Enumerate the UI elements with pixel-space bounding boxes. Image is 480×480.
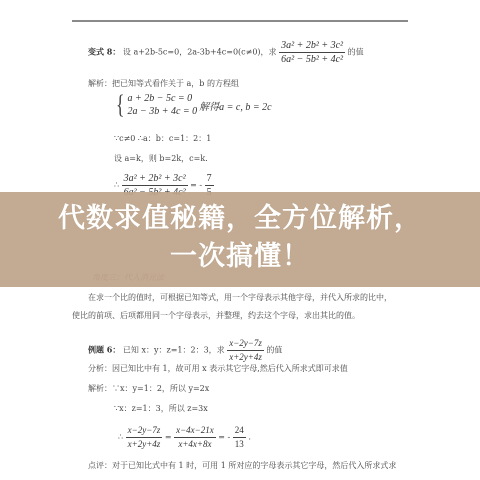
brace-icon: { <box>116 92 125 118</box>
fraction-1: x−2y−7z x+2y+4z <box>126 425 163 450</box>
header-divider <box>72 20 408 22</box>
let-line: 设 a=k，则 b=2k，c=k. <box>114 154 208 164</box>
analysis2-hint: 分析：因已知比中有 1，故可用 x 表示其它字母,然后代入所求式即可求值 <box>88 364 348 374</box>
equations: a + 2b − 5c = 0 2a − 3b + 4c = 0 <box>127 92 197 118</box>
fraction-denominator: x+2y+4z <box>227 351 264 363</box>
fraction-denominator: 13 <box>233 438 246 450</box>
banner-title-line-2: 一次搞懂！ <box>0 238 480 276</box>
fraction-numerator: x−4x−21x <box>174 425 216 438</box>
fraction-denominator: x+4x+8x <box>176 438 213 450</box>
equals-sign: = - <box>218 433 230 442</box>
fraction-numerator: x−2y−7z <box>126 425 163 438</box>
method-line-1: 在求一个比的值时，可根据已知等式，用一个字母表示其他字母，并代入所求的比中， <box>88 293 392 303</box>
solution-text: 解得a = c, b = 2c <box>199 98 271 113</box>
example6-line: 例题 6： 已知 x：y：z=1：2：3，求 x−2y−7z x+2y+4z 的… <box>88 338 282 363</box>
fraction-numerator: 24 <box>233 425 246 438</box>
fraction-denominator: x+2y+4z <box>126 438 163 450</box>
equation-system: { a + 2b − 5c = 0 2a − 3b + 4c = 0 解得a =… <box>114 92 272 118</box>
equals-sign: = <box>165 433 172 442</box>
comment-line: 点评：对于已知比式中有 1 时，可用 1 所对应的字母表示其它字母，然后代入所求… <box>88 461 396 471</box>
fraction-numerator: 3a² + 2b² + 3c² <box>122 173 188 186</box>
fraction-numerator: 3a² + 2b² + 3c² <box>279 40 345 53</box>
period: . <box>248 433 251 442</box>
example6-fraction: x−2y−7z x+2y+4z <box>227 338 264 363</box>
variant8-fraction: 3a² + 2b² + 3c² 6a² − 5b² + 4c² <box>279 40 345 65</box>
fraction-3: 24 13 <box>233 425 246 450</box>
example6-condition: 已知 x：y：z=1：2：3，求 <box>123 346 225 355</box>
example6-label: 例题 6： <box>88 345 120 355</box>
analysis1-intro: 解析：把已知等式看作关于 a，b 的方程组 <box>88 79 239 89</box>
analysis2-line-2: ∵x：z=1：3，所以 z=3x <box>114 404 208 414</box>
therefore-symbol: ∴ <box>118 433 123 442</box>
ratio-line: ∵c≠0 ∴a：b：c=1：2：1 <box>114 134 211 144</box>
equation-1: a + 2b − 5c = 0 <box>127 92 197 105</box>
variant8-suffix: 的值 <box>348 48 364 57</box>
fraction-numerator: x−2y−7z <box>227 338 264 351</box>
equals-sign: = - <box>190 181 202 190</box>
analysis2-line-1: 解析：∵x：y=1：2，所以 y=2x <box>88 384 209 394</box>
example6-suffix: 的值 <box>266 346 282 355</box>
method-line-2: 使比的前项、后项都用同一个字母表示，并整理，约去这个字母，求出其比的值。 <box>72 311 360 321</box>
equation-2: 2a − 3b + 4c = 0 <box>127 105 197 118</box>
banner-title-line-1: 代数求值秘籍，全方位解析， <box>0 200 480 238</box>
variant8-line: 变式 8： 设 a+2b-5c=0，2a-3b+4c=0(c≠0)，求 3a² … <box>88 40 364 65</box>
fraction-denominator: 6a² − 5b² + 4c² <box>279 53 345 65</box>
variant8-condition: 设 a+2b-5c=0，2a-3b+4c=0(c≠0)，求 <box>123 48 277 57</box>
fraction-2: x−4x−21x x+4x+8x <box>174 425 216 450</box>
analysis2-result: ∴ x−2y−7z x+2y+4z = x−4x−21x x+4x+8x = -… <box>118 425 251 450</box>
banner-title: 代数求值秘籍，全方位解析， 一次搞懂！ <box>0 200 480 276</box>
variant8-label: 变式 8： <box>88 47 120 57</box>
therefore-symbol: ∴ <box>114 181 119 190</box>
fraction-numerator: 7 <box>205 173 214 186</box>
